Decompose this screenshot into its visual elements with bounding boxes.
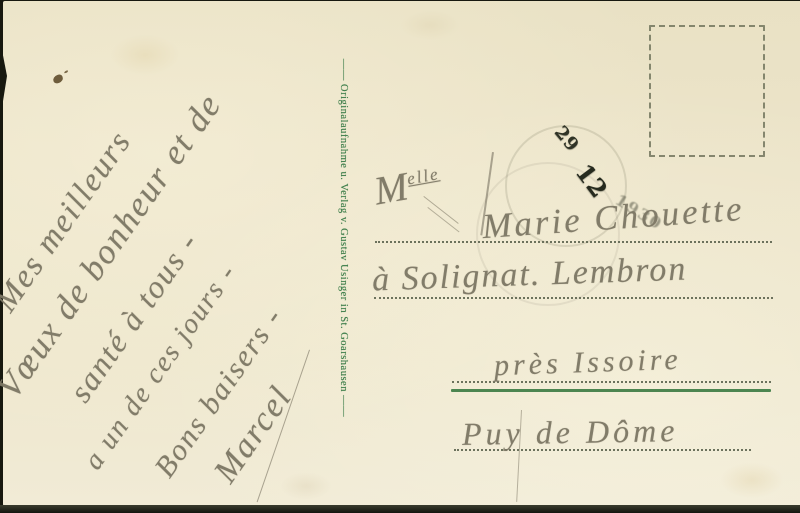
address-salutation-sup: elle: [406, 164, 441, 188]
address-near-town: près Issoire: [493, 343, 682, 384]
address-rule-1: [375, 241, 772, 243]
card-edge-bottom: [0, 505, 800, 513]
postcard-scan: —— Originalaufnahme u. Verlag v. Gustav …: [0, 0, 800, 513]
stamp-box: [649, 25, 765, 157]
address-rule-solid: [451, 389, 771, 392]
publisher-imprint: —— Originalaufnahme u. Verlag v. Gustav …: [334, 22, 349, 454]
address-department: Puy de Dôme: [462, 412, 679, 453]
